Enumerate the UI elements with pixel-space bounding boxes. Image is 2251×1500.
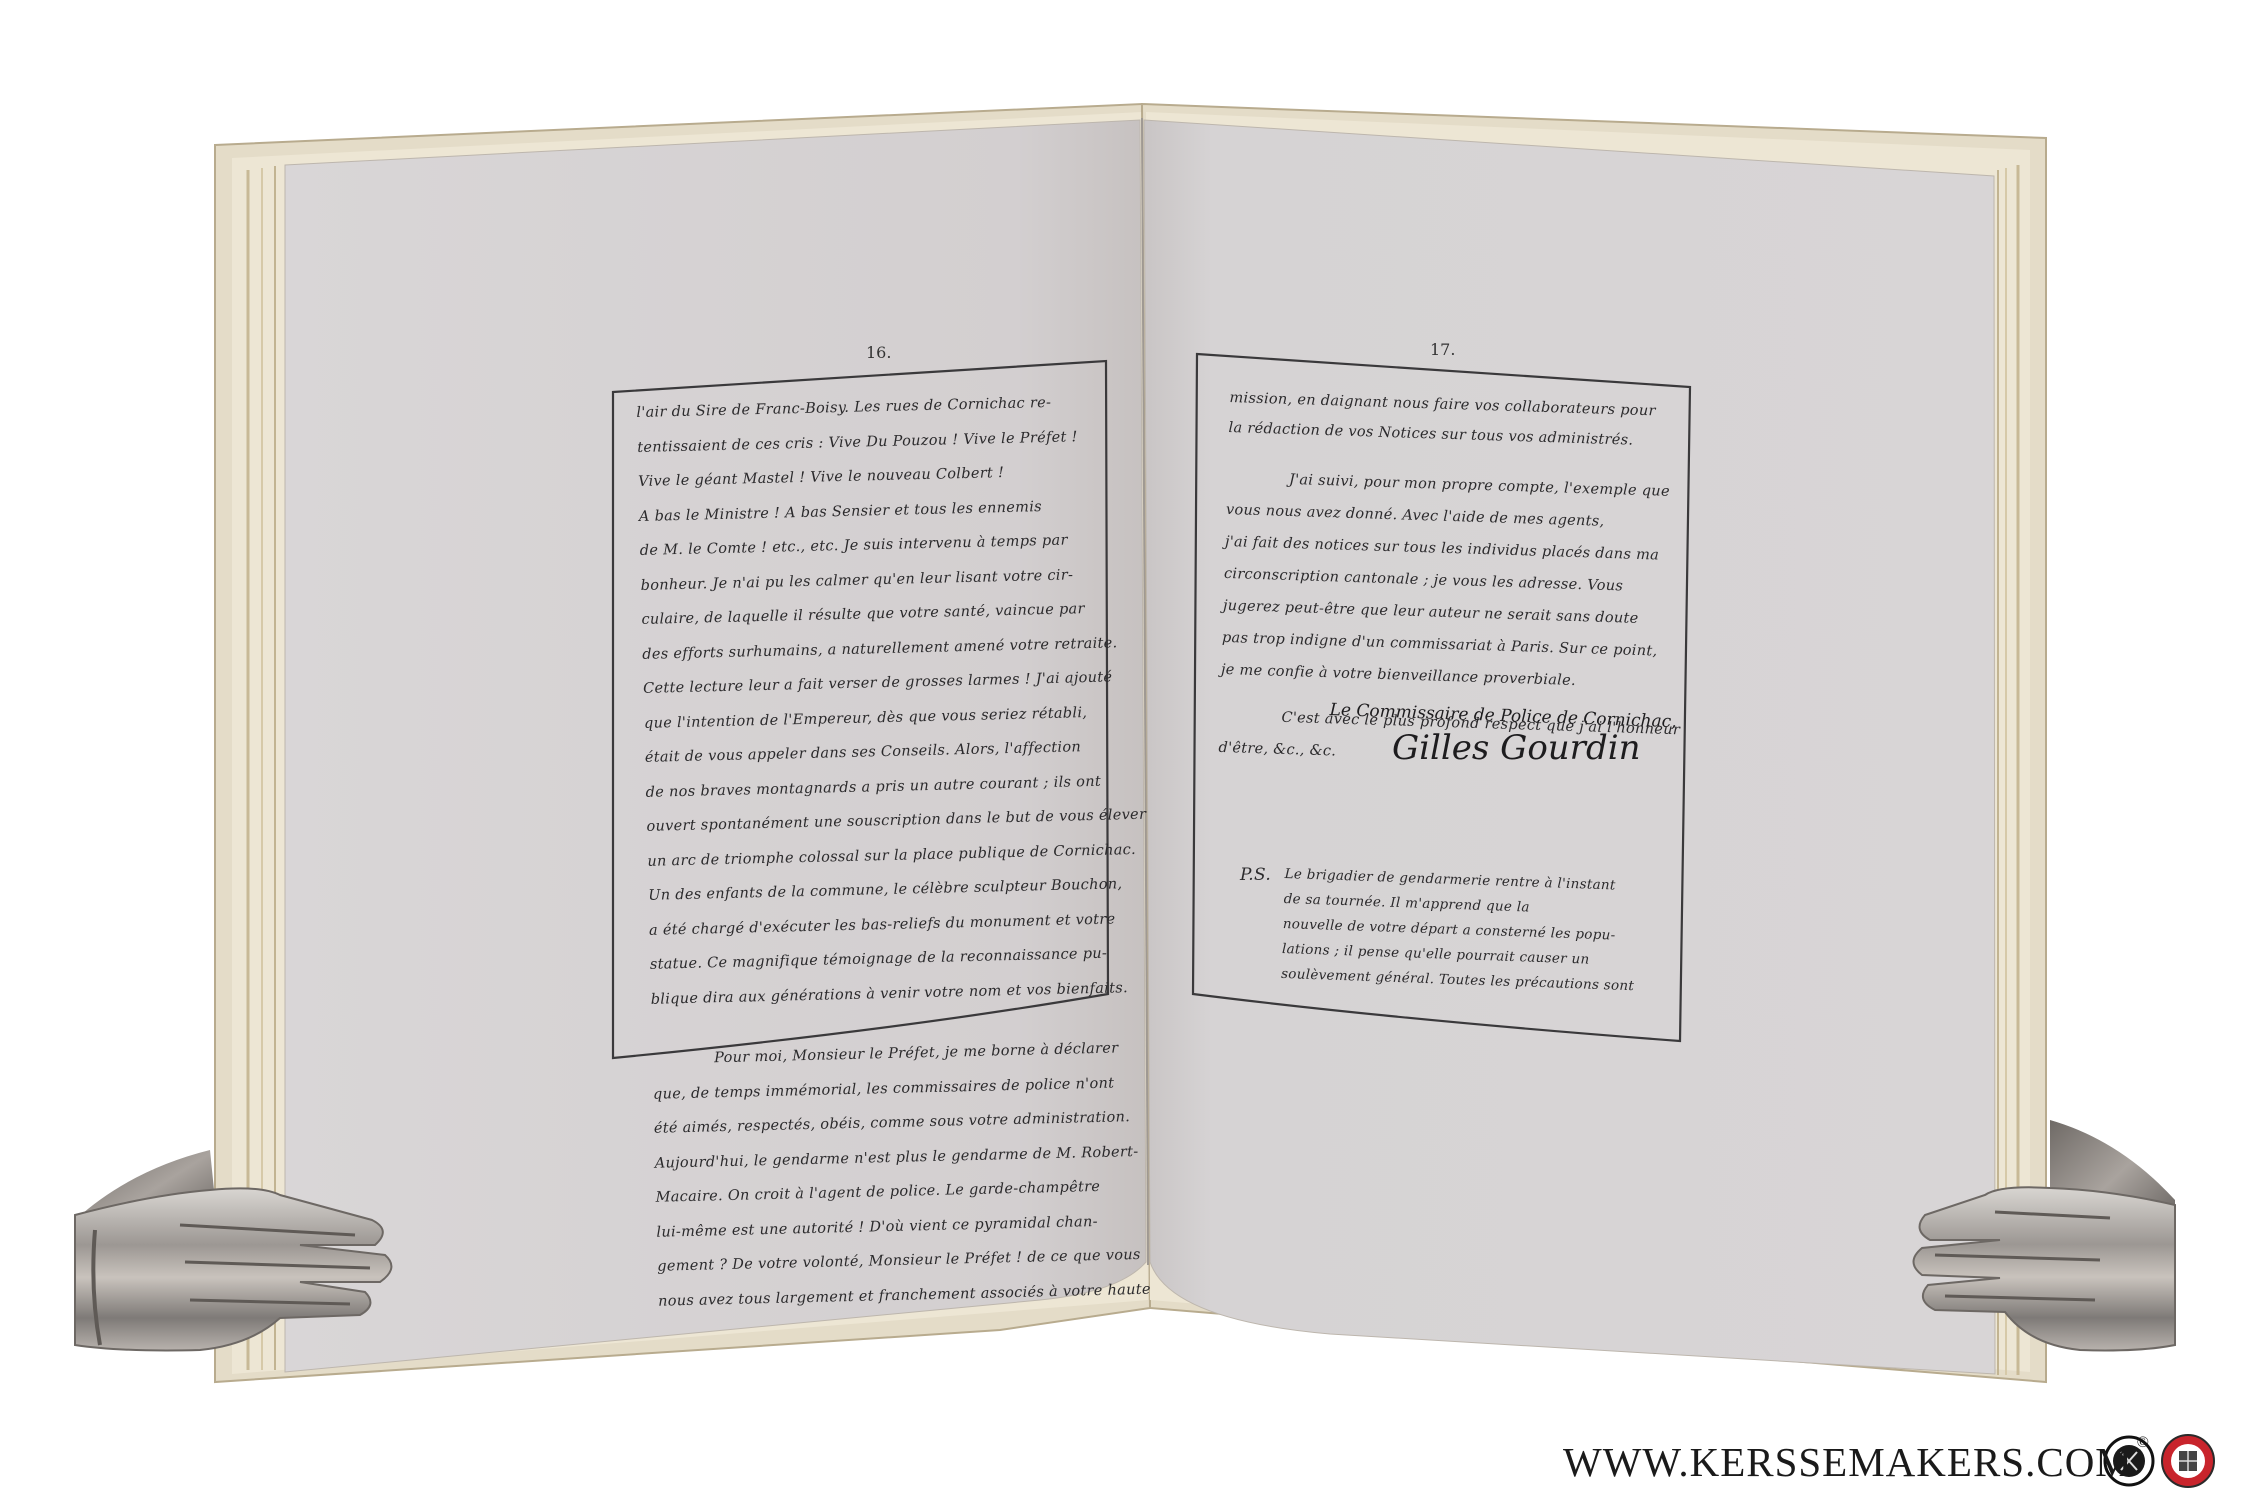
postscript-text: Le brigadier de gendarmerie rentre à l'i… bbox=[1281, 862, 1665, 1000]
site-watermark: WWW.KERSSEMAKERS.COM© bbox=[1563, 1438, 2150, 1486]
copyright-symbol: © bbox=[2137, 1434, 2150, 1451]
signature-name: Gilles Gourdin bbox=[1392, 728, 1640, 768]
postscript-label: P.S. bbox=[1240, 858, 1271, 893]
left-page-number: 16. bbox=[866, 343, 891, 362]
book-photo-scene bbox=[0, 0, 2251, 1500]
right-page-number: 17. bbox=[1430, 340, 1455, 359]
ilab-seal-icon bbox=[2162, 1435, 2214, 1487]
left-page-text: l'air du Sire de Franc-Boisy. Les rues d… bbox=[636, 385, 1118, 1319]
watermark-text: WWW.KERSSEMAKERS.COM bbox=[1563, 1439, 2133, 1485]
